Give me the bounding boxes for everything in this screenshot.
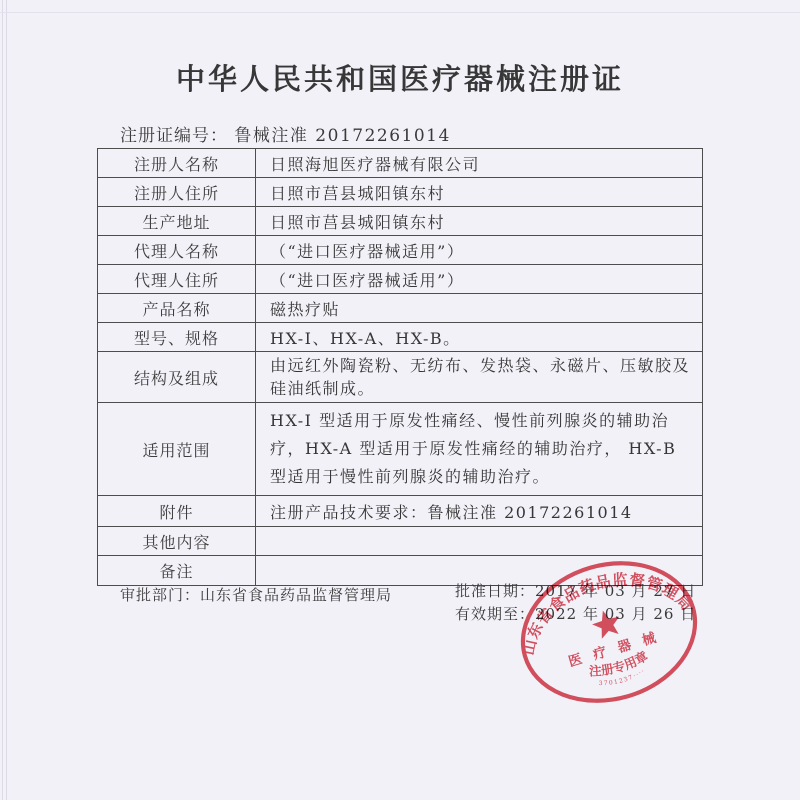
approval-department-label: 审批部门： [120, 586, 200, 604]
table-row: 生产地址 日照市莒县城阳镇东村 [98, 207, 703, 236]
row-label: 附件 [98, 496, 256, 527]
approval-date-line: 批准日期：2017 年 03 月 27 日 [455, 581, 696, 602]
certificate-title: 中华人民共和国医疗器械注册证 [0, 57, 800, 98]
certificate-page: 中华人民共和国医疗器械注册证 注册证编号： 鲁械注准 20172261014 注… [0, 0, 800, 800]
row-value: HX-I、HX-A、HX-B。 [256, 323, 703, 352]
valid-until-value: 2022 年 03 月 26 日 [535, 605, 696, 623]
row-label: 产品名称 [98, 294, 256, 323]
row-value: 由远红外陶瓷粉、无纺布、发热袋、永磁片、压敏胶及硅油纸制成。 [256, 352, 703, 403]
registration-number-line: 注册证编号： 鲁械注准 20172261014 [120, 121, 451, 146]
valid-until-label: 有效期至： [455, 605, 535, 623]
row-value: HX-I 型适用于原发性痛经、慢性前列腺炎的辅助治疗，HX-A 型适用于原发性痛… [256, 403, 703, 496]
row-label: 备注 [98, 556, 256, 586]
table-row: 附件 注册产品技术要求：鲁械注准 20172261014 [98, 496, 703, 527]
table-row: 适用范围 HX-I 型适用于原发性痛经、慢性前列腺炎的辅助治疗，HX-A 型适用… [98, 403, 703, 496]
scan-artifact-line [2, 0, 3, 800]
seal-line2-text: 注册专用章 [585, 647, 652, 683]
row-value: （“进口医疗器械适用”） [256, 265, 703, 294]
table-row: 代理人住所 （“进口医疗器械适用”） [98, 265, 703, 294]
row-label: 结构及组成 [98, 352, 256, 403]
row-label: 生产地址 [98, 207, 256, 236]
row-value: 日照市莒县城阳镇东村 [256, 178, 703, 207]
table-row: 注册人住所 日照市莒县城阳镇东村 [98, 178, 703, 207]
table-row: 产品名称 磁热疗贴 [98, 294, 703, 323]
row-value: 注册产品技术要求：鲁械注准 20172261014 [256, 496, 703, 527]
row-value: 日照海旭医疗器械有限公司 [256, 149, 703, 178]
table-row: 其他内容 [98, 527, 703, 556]
table-row: 结构及组成 由远红外陶瓷粉、无纺布、发热袋、永磁片、压敏胶及硅油纸制成。 [98, 352, 703, 403]
registration-number-label: 注册证编号： [120, 126, 228, 146]
row-value [256, 527, 703, 556]
dates-block: 批准日期：2017 年 03 月 27 日 有效期至：2022 年 03 月 2… [455, 581, 696, 627]
approval-department-value: 山东省食品药品监督管理局 [200, 586, 392, 604]
row-label: 注册人住所 [98, 178, 256, 207]
row-label: 注册人名称 [98, 149, 256, 178]
table-row: 注册人名称 日照海旭医疗器械有限公司 [98, 149, 703, 178]
scan-artifact-line [0, 12, 800, 13]
seal-serial-text: 3701237···· [597, 667, 648, 691]
row-label: 适用范围 [98, 403, 256, 496]
certificate-table: 注册人名称 日照海旭医疗器械有限公司 注册人住所 日照市莒县城阳镇东村 生产地址… [97, 148, 703, 586]
valid-until-line: 有效期至：2022 年 03 月 26 日 [455, 604, 696, 625]
registration-number-value: 鲁械注准 20172261014 [234, 126, 450, 146]
row-value: 磁热疗贴 [256, 294, 703, 323]
row-value: （“进口医疗器械适用”） [256, 236, 703, 265]
seal-line1-text: 医 疗 器 械 [566, 628, 661, 670]
table-row: 代理人名称 （“进口医疗器械适用”） [98, 236, 703, 265]
scan-artifact-line [6, 0, 7, 800]
row-label: 其他内容 [98, 527, 256, 556]
row-label: 代理人名称 [98, 236, 256, 265]
table-row: 型号、规格 HX-I、HX-A、HX-B。 [98, 323, 703, 352]
row-label: 型号、规格 [98, 323, 256, 352]
approval-date-label: 批准日期： [455, 582, 535, 600]
approval-date-value: 2017 年 03 月 27 日 [535, 582, 696, 600]
row-value: 日照市莒县城阳镇东村 [256, 207, 703, 236]
row-label: 代理人住所 [98, 265, 256, 294]
approval-department-line: 审批部门：山东省食品药品监督管理局 [120, 584, 392, 605]
